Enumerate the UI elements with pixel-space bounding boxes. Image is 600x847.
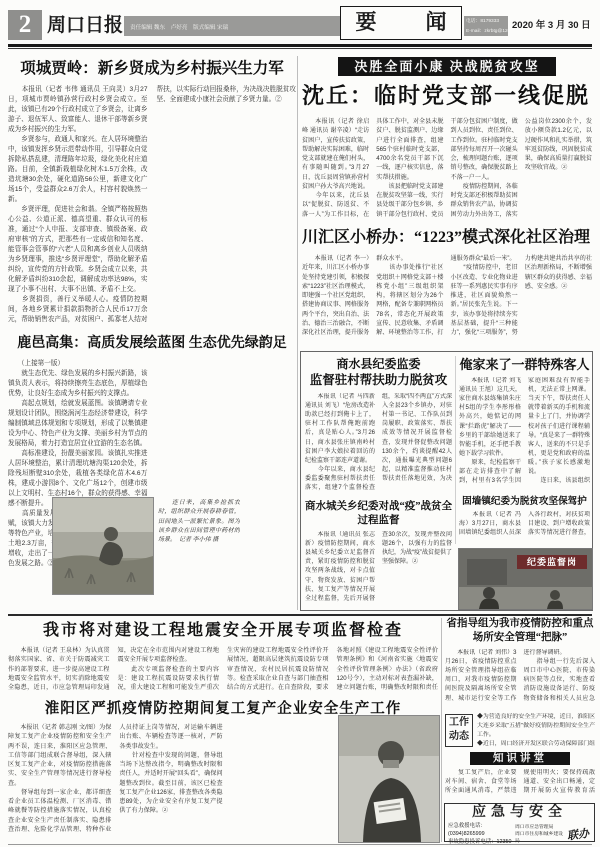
article-l2-title: 鹿邑高集：高质发展绘蓝图 生态优先绿韵足 xyxy=(8,334,296,354)
masthead-rule-thin xyxy=(8,48,592,49)
emergency-phones: 应急救援电话：(0394)8265999 事故隐患投诉电话：12350 xyxy=(448,822,515,846)
page-bottom-rule xyxy=(8,844,592,845)
article-r1-body: 本报讯（记者 刘伟）3月26日，省疫情防控重点场所安全管理指导组莅临周口，对我市… xyxy=(445,649,595,711)
article-m1-kicker: 决胜全面小康 决战脱贫攻坚 xyxy=(338,57,556,76)
article-b2-body: 本报讯（记者 韩志刚 文/图）为保障复工复产企业疫情防控和安全生产两不误，连日来… xyxy=(8,723,334,841)
article-m4-title: 俺家来了一群特殊客人 xyxy=(459,357,590,373)
lecture-header: 知识讲堂 xyxy=(470,752,570,765)
photo-supervision-post: 纪委监督岗 xyxy=(458,548,593,610)
photo-inspection-illustration xyxy=(339,716,439,842)
emergency-phone-1: 应急救援电话：(0394)8265999 xyxy=(448,822,515,838)
page-number: 2 xyxy=(8,10,42,40)
worklog-header-line1: 工作 xyxy=(446,715,472,730)
emergency-safety-title: 应急与安全 xyxy=(445,804,594,821)
box-inner-divider xyxy=(455,356,456,544)
article-m5-title: 商水城关乡纪委对战“疫”战贫全过程监督 xyxy=(305,500,452,528)
lecture-body: 复工复产后，企业要对车间、宿舍、食堂等场所全面通风消毒，严禁违规使用明火；要保持… xyxy=(445,769,595,800)
article-m3-body: 本报讯（记者 马四新 通讯员 刘飞）“危房改造补助款已经打到俺卡上了，驻村工作队… xyxy=(305,393,452,497)
article-m6-title: 固墙镇纪委为脱贫攻坚保驾护航 xyxy=(459,494,590,509)
emergency-orgs: 周口市应急管理局 周口市住房和城乡建设局 xyxy=(515,824,567,845)
masthead-bar-left: 责任编辑 魏东 卢好亮 版式编辑 宋瑞 xyxy=(124,16,350,36)
article-m5-body: 本报讯（通讯员 张志新）疫情防控期间，商水县城关乡纪委立足监督首责，紧盯疫情防控… xyxy=(305,531,452,605)
article-m2-title: 川汇区小桥办：“1223”模式深化社区治理 xyxy=(300,227,592,249)
article-m1-body: 本报讯（记者 徐启峰 通讯员 谢辛凌）“走访贫困户，宣传扶贫政策，帮助解决实际困… xyxy=(302,117,592,221)
photo-field-scene xyxy=(52,497,154,595)
article-m4-body: 本报讯（记者 刘飞 通讯员 王旭）这几天，家住商水县练集镇朱庄村5组的学生李彤彤… xyxy=(459,377,590,491)
article-m1-title: 沈丘：临时党支部一线促脱贫 xyxy=(300,80,592,112)
article-b1-title: 我市将对建设工程地震安全开展专项监督检查 xyxy=(8,620,438,642)
emergency-safety-box: 应急与安全 应急救援电话：(0394)8265999 事故隐患投诉电话：1235… xyxy=(444,803,595,842)
masthead-email: E-mail：zkrbtg@126.com xyxy=(464,28,508,36)
newspaper-page: 2 周口日报 责任编辑 魏东 卢好亮 版式编辑 宋瑞 要 闻 电话：817933… xyxy=(0,0,600,847)
article-l1-body: 本报讯（记者 韦伟 通讯员 王向灵）3月27日，项城市贾岭镇孙营行政村乡贤会成立… xyxy=(8,85,296,329)
photo-field-caption: 连日来，高集乡抢抓农时，组织群众开展春耕春管，田间地头一派繁忙景象。图为该乡群众… xyxy=(158,499,240,593)
masthead-editors: 责任编辑 魏东 卢好亮 版式编辑 宋瑞 xyxy=(130,25,228,31)
masthead-title: 周口日报 xyxy=(47,13,123,39)
article-l1-title: 项城贾岭：新乡贤成为乡村振兴生力军 xyxy=(8,58,296,80)
emergency-joint-label: 联办 xyxy=(566,824,592,843)
worklog-header-box: 工作 动态 xyxy=(445,714,473,747)
worklog-header-line2: 动态 xyxy=(446,730,472,744)
worklog-item: ◆近日，周口经济开发区联合劳动保障部门组织辖区企业开展消防安全应急演练，提高应对… xyxy=(477,740,595,749)
photo-sign-label: 纪委监督岗 xyxy=(517,555,587,569)
article-m6-body: 本报讯（记者 冯海）3月27日，商水县固墙镇纪委组织人员深入各行政村，对扶贫项目… xyxy=(459,511,590,545)
masthead-phone: 电话：8179333 xyxy=(464,16,508,28)
section-box: 要 闻 xyxy=(340,6,462,40)
worklog-item: ◆为营造良好的安全生产环境，近日，淮阳区大连乡采取“五措”做好疫情防控期间安全生… xyxy=(477,713,595,740)
bottom-section-rule xyxy=(8,614,592,616)
masthead-date: 2020 年 3 月 30 日 xyxy=(512,18,596,34)
photo-field-illustration xyxy=(53,498,153,594)
masthead-rule-thick xyxy=(8,44,592,47)
article-m3-title-line1: 商水县纪委监委 xyxy=(305,357,452,372)
article-m3-title-line2: 监督驻村帮扶助力脱贫攻坚 xyxy=(305,372,452,389)
photo-inspection xyxy=(338,715,440,843)
column-divider-left xyxy=(297,56,298,610)
emergency-org-2: 周口市住房和城乡建设局 xyxy=(515,831,567,845)
article-m2-body: 本报讯（记者 李一）近年来，川汇区小桥办事处坚持党建引领，积极探索“1223”社… xyxy=(302,254,592,346)
emergency-org-1: 周口市应急管理局 xyxy=(515,824,567,831)
article-r1-title: 省指导组为我市疫情防控和重点场所安全管理“把脉” xyxy=(445,617,595,645)
article-b1-body: 本报讯（记者 王泉林）为认真贯彻落实国家、省、市关于防震减灾工作的部署要求，进一… xyxy=(8,646,438,696)
worklog-items: ◆为营造良好的安全生产环境，近日，淮阳区大连乡采取“五措”做好疫情防控期间安全生… xyxy=(477,713,595,749)
masthead-bar-right: 电话：8179333 E-mail：zkrbtg@126.com xyxy=(464,16,508,36)
column-divider-right xyxy=(441,618,442,842)
section-title: 要 闻 xyxy=(356,10,461,34)
